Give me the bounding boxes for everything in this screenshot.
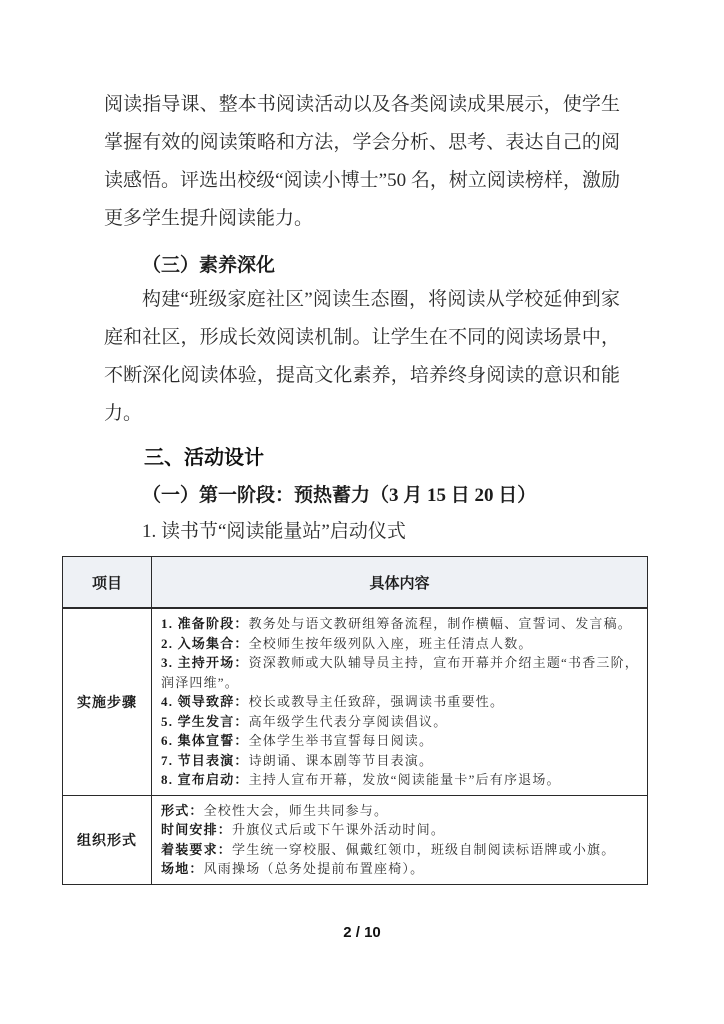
step-item: 2. 入场集合：全校师生按年级列队入座，班主任清点人数。 [161,634,639,654]
organization-form-cell: 形式：全校性大会，师生共同参与。 时间安排：升旗仪式后或下午课外活动时间。 着装… [152,795,648,884]
step-item: 7. 节目表演：诗朗诵、课本剧等节目表演。 [161,751,639,771]
step-item: 1. 准备阶段：教务处与语文教研组筹备流程，制作横幅、宣誓词、发言稿。 [161,614,639,634]
page-number: 2 / 10 [0,924,724,941]
step-item: 3. 主持开场：资深教师或大队辅导员主持，宣布开幕并介绍主题“书香三阶，润泽四维… [161,653,639,692]
document-page: 阅读指导课、整本书阅读活动以及各类阅读成果展示，使学生掌握有效的阅读策略和方法，… [0,0,724,1024]
table-header-row: 项目 具体内容 [63,557,648,609]
heading-stage-one: （一）第一阶段：预热蓄力（3 月 15 日 20 日） [104,480,620,512]
step-item: 5. 学生发言：高年级学生代表分享阅读倡议。 [161,712,639,732]
form-item: 形式：全校性大会，师生共同参与。 [161,801,639,821]
paragraph-reading-guidance: 阅读指导课、整本书阅读活动以及各类阅读成果展示，使学生掌握有效的阅读策略和方法，… [104,86,620,238]
document-content: 阅读指导课、整本书阅读活动以及各类阅读成果展示，使学生掌握有效的阅读策略和方法，… [104,86,620,885]
form-item: 场地：风雨操场（总务处提前布置座椅）。 [161,859,639,879]
column-header-project: 项目 [63,557,152,609]
heading-literacy-deepening: （三）素养深化 [104,251,620,281]
step-item: 8. 宣布启动：主持人宣布开幕，发放“阅读能量卡”后有序退场。 [161,770,639,790]
form-item: 时间安排：升旗仪式后或下午课外活动时间。 [161,820,639,840]
step-item: 4. 领导致辞：校长或教导主任致辞，强调读书重要性。 [161,692,639,712]
heading-launch-ceremony: 1. 读书节“阅读能量站”启动仪式 [104,516,620,548]
step-item: 6. 集体宣誓：全体学生举书宣誓每日阅读。 [161,731,639,751]
column-header-details: 具体内容 [152,557,648,609]
form-item: 着装要求：学生统一穿校服、佩戴红领巾，班级自制阅读标语牌或小旗。 [161,840,639,860]
paragraph-reading-ecosystem: 构建“班级家庭社区”阅读生态圈，将阅读从学校延伸到家庭和社区，形成长效阅读机制。… [104,281,620,433]
row-label-organization-form: 组织形式 [63,795,152,884]
heading-activity-design: 三、活动设计 [104,442,620,474]
table-row-organization-form: 组织形式 形式：全校性大会，师生共同参与。 时间安排：升旗仪式后或下午课外活动时… [63,795,648,884]
implementation-steps-cell: 1. 准备阶段：教务处与语文教研组筹备流程，制作横幅、宣誓词、发言稿。 2. 入… [152,608,648,795]
activity-table: 项目 具体内容 实施步骤 1. 准备阶段：教务处与语文教研组筹备流程，制作横幅、… [62,556,648,885]
row-label-implementation-steps: 实施步骤 [63,608,152,795]
table-row-implementation-steps: 实施步骤 1. 准备阶段：教务处与语文教研组筹备流程，制作横幅、宣誓词、发言稿。… [63,608,648,795]
